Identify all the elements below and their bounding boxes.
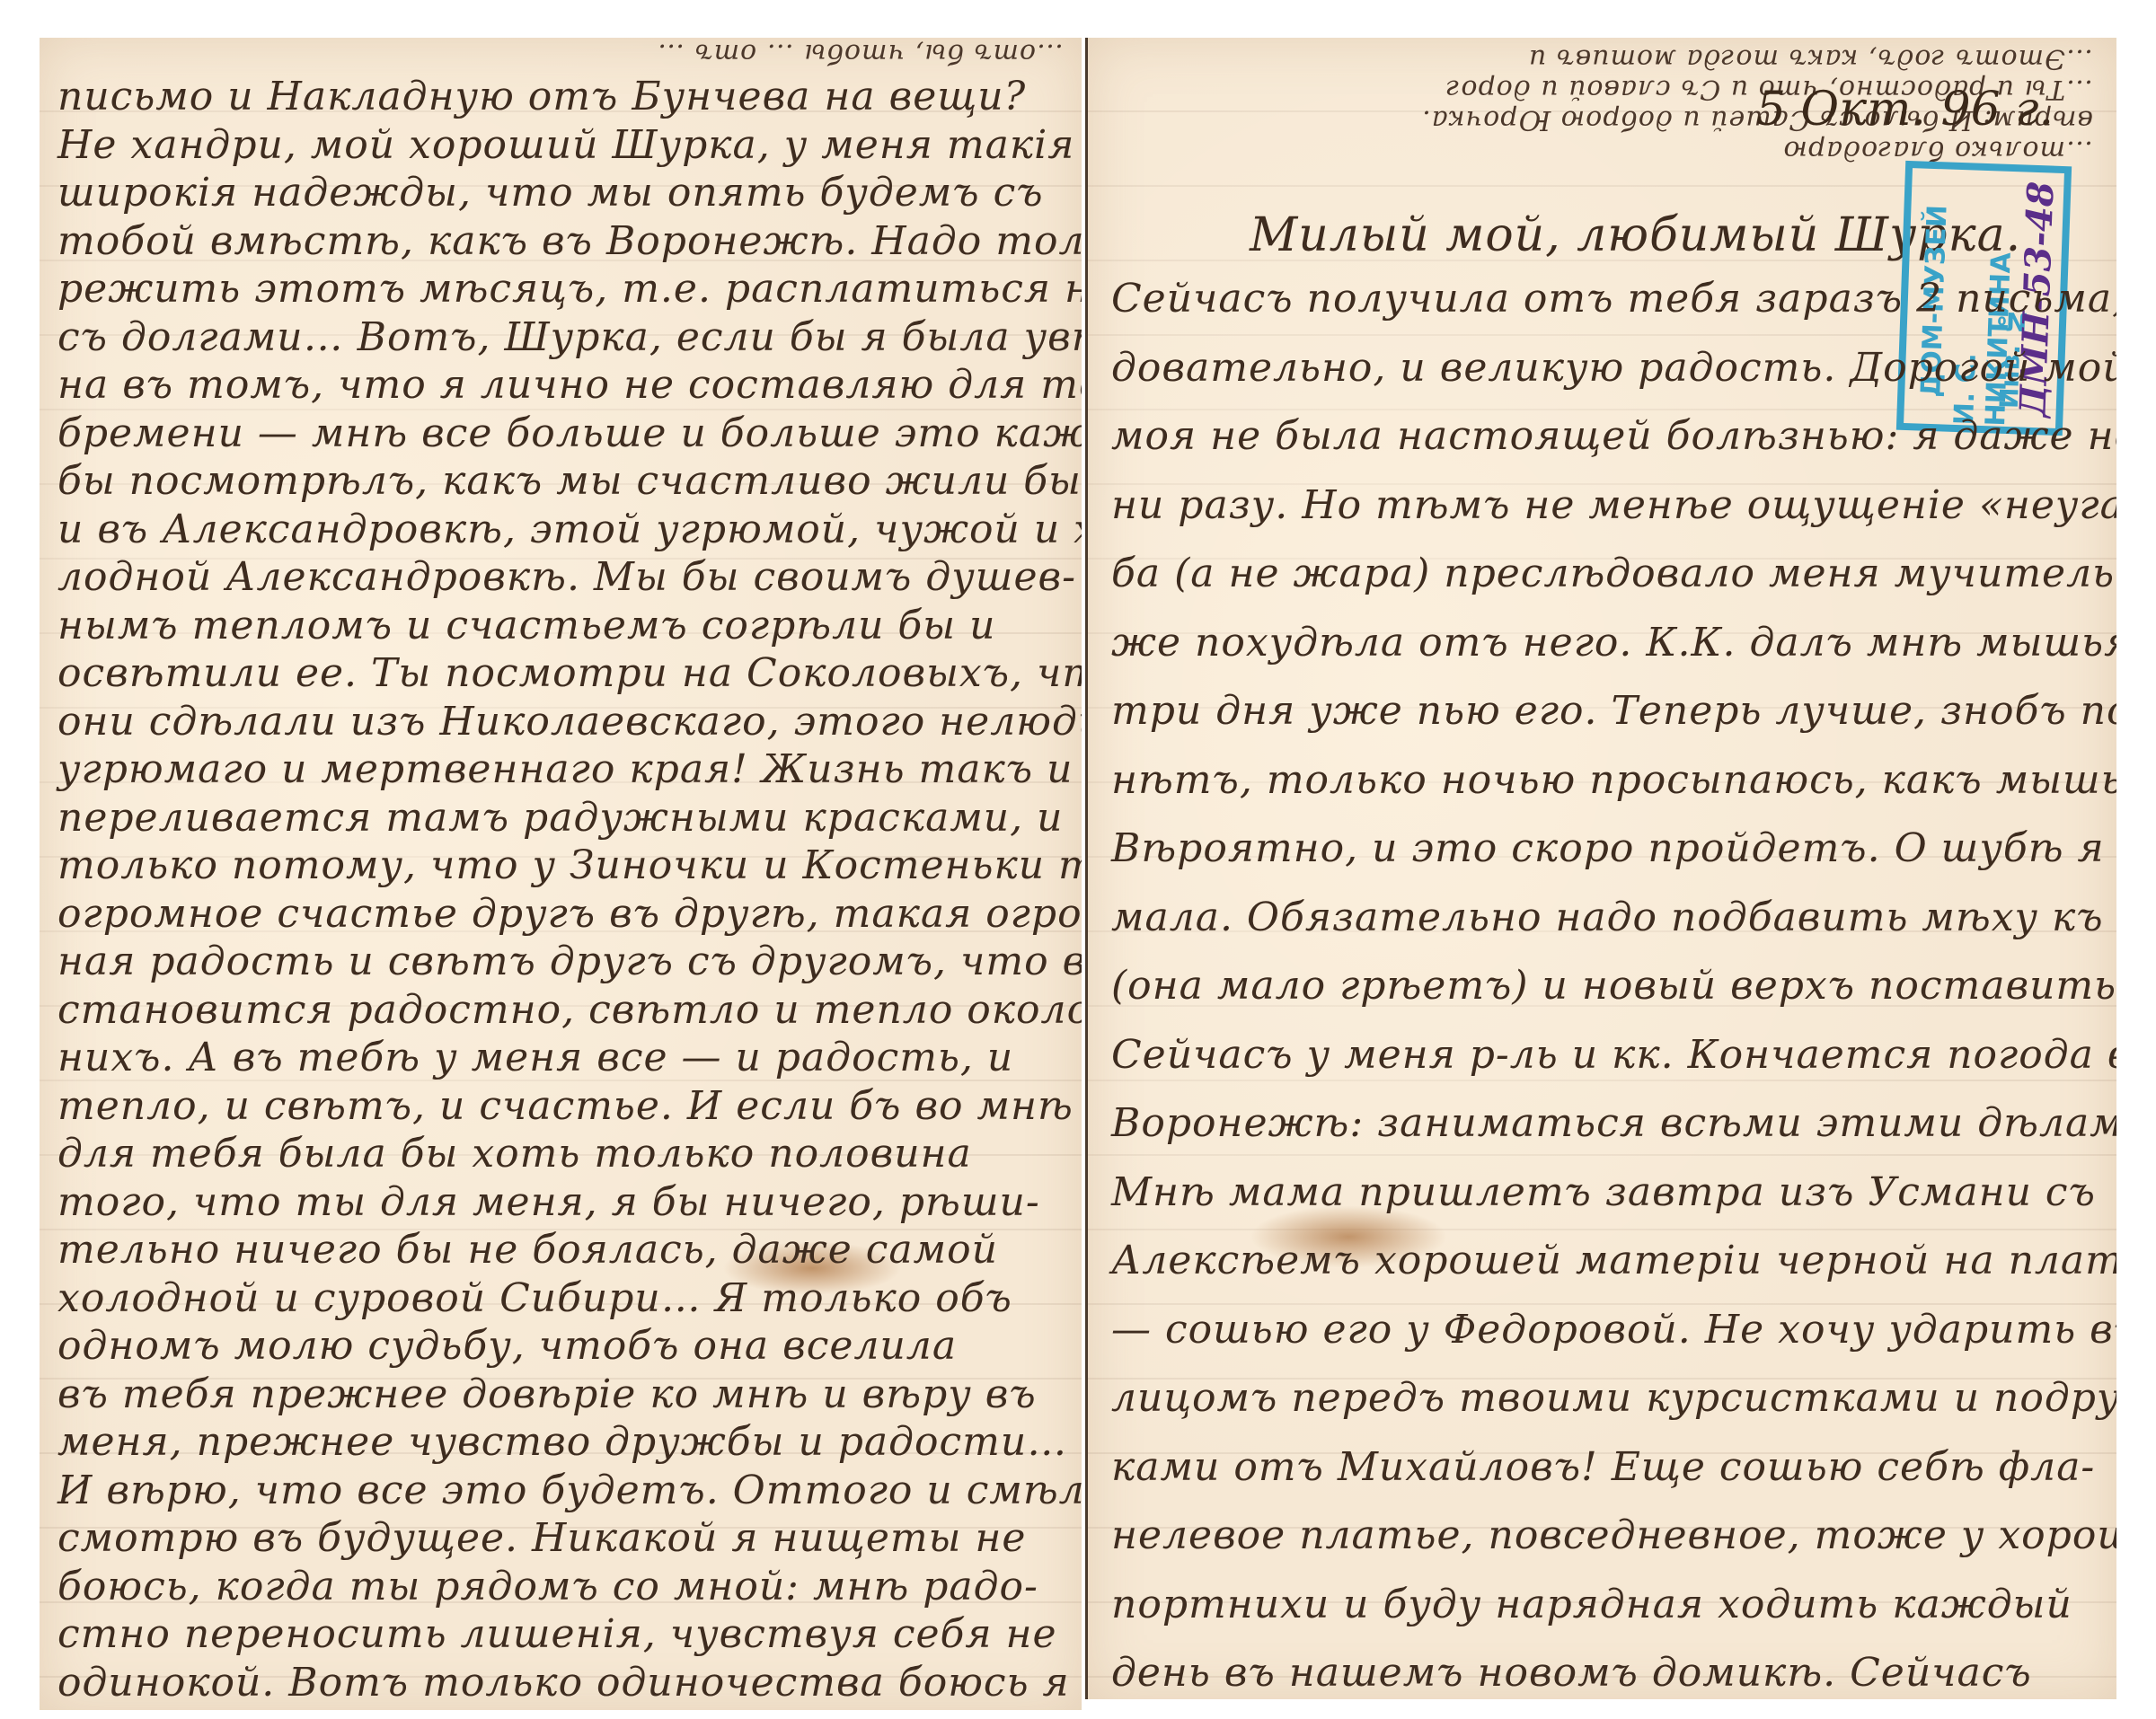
letter-line: въ тебя прежнее довѣріе ко мнѣ и вѣру въ <box>40 1371 1082 1417</box>
letter-line: для тебя была бы хоть только половина <box>40 1131 1082 1177</box>
letter-left-page: …отъ бы, чтобы … отъ … письмо и Накладну… <box>40 38 1082 1710</box>
letter-line: угрюмаго и мертвеннаго края! Жизнь такъ … <box>40 746 1082 792</box>
letter-line: одинокой. Вотъ только одиночества боюсь … <box>40 1660 1082 1706</box>
letter-line: Не хандри, мой хороший Шурка, у меня так… <box>40 122 1082 168</box>
letter-line: стно переносить лишенія, чувствуя себя н… <box>40 1611 1082 1657</box>
letter-line: Мнѣ мама пришлетъ завтра изъ Усмани съ <box>1088 1169 2116 1215</box>
letter-line: ба (а не жара) преслѣдовало меня мучител… <box>1088 551 2116 596</box>
letter-line: боюсь, когда ты рядомъ со мной: мнѣ радо… <box>40 1564 1082 1609</box>
letter-line: того, что ты для меня, я бы ничего, рѣши… <box>40 1179 1082 1225</box>
letter-line: холодной и суровой Сибири… Я только объ <box>40 1275 1082 1321</box>
letter-line: тобой вмѣстѣ, какъ въ Воронежѣ. Надо тол… <box>40 218 1082 264</box>
letter-right-page: …Этотъ годъ, какъ тогда мотивъ и …Ты и р… <box>1085 38 2116 1699</box>
letter-line: моя не была настоящей болѣзнью: я даже н… <box>1088 413 2116 459</box>
letter-line: Сейчасъ у меня р-ль и кк. Кончается пого… <box>1088 1032 2116 1078</box>
upside-down-header-line: …отъ бы, чтобы … отъ … <box>40 38 1082 69</box>
letter-line: день въ нашемъ новомъ домикѣ. Сейчасъ <box>1088 1650 2116 1696</box>
letter-line: лицомъ передъ твоими курсистками и подру… <box>1088 1375 2116 1421</box>
letter-line: одномъ молю судьбу, чтобъ она вселила <box>40 1323 1082 1369</box>
letter-line: письмо и Накладную отъ Бунчева на вещи? <box>40 74 1082 119</box>
letter-line: съ долгами… Вотъ, Шурка, если бы я была … <box>40 314 1082 360</box>
letter-line: портнихи и буду нарядная ходить каждый <box>1088 1582 2116 1627</box>
letter-line: тельно ничего бы не боялась, даже самой <box>40 1227 1082 1273</box>
letter-line: мала. Обязательно надо подбавить мѣху къ… <box>1088 895 2116 940</box>
letter-line: широкія надежды, что мы опять будемъ съ <box>40 170 1082 216</box>
letter-line: Алексѣемъ хорошей матеріи черной на плат… <box>1088 1238 2116 1283</box>
letter-line: (она мало грѣетъ) и новый верхъ поставит… <box>1088 963 2116 1009</box>
letter-line: и въ Александровкѣ, этой угрюмой, чужой … <box>40 507 1082 552</box>
letter-line: И вѣрю, что все это будетъ. Оттого и смѣ… <box>40 1468 1082 1513</box>
letter-line: становится радостно, свѣтло и тепло окол… <box>40 987 1082 1033</box>
letter-line: Воронежѣ: заниматься всѣми этими дѣлами. <box>1088 1100 2116 1146</box>
letter-line: освѣтили ее. Ты посмотри на Соколовыхъ, … <box>40 650 1082 696</box>
letter-line: они сдѣлали изъ Николаевскаго, этого нел… <box>40 699 1082 745</box>
letter-line: режить этотъ мѣсяцъ, т.е. расплатиться н… <box>40 266 1082 312</box>
letter-line: меня, прежнее чувство дружбы и радости… <box>40 1419 1082 1465</box>
letter-date: 5 Окт. 96 г. <box>1756 83 2054 137</box>
letter-line: ная радость и свѣтъ другъ съ другомъ, чт… <box>40 939 1082 984</box>
letter-line: бы посмотрѣлъ, какъ мы счастливо жили бы <box>40 458 1082 504</box>
letter-line: нелевое платье, повседневное, тоже у хор… <box>1088 1512 2116 1558</box>
letter-line: на въ томъ, что я лично не составляю для… <box>40 362 1082 408</box>
letter-line: тепло, и свѣтъ, и счастье. И если бъ во … <box>40 1083 1082 1129</box>
letter-line: довательно, и великую радость. Дорогой м… <box>1088 345 2116 391</box>
letter-line: нѣтъ, только ночью просыпаюсь, какъ мышь… <box>1088 757 2116 803</box>
letter-line: ками отъ Михайловъ! Еще сошью себѣ фла- <box>1088 1444 2116 1490</box>
letter-line: только потому, что у Зиночки и Костеньки… <box>40 842 1082 888</box>
letter-line: нымъ тепломъ и счастьемъ согрѣли бы и <box>40 603 1082 648</box>
letter-line: лодной Александровкѣ. Мы бы своимъ душев… <box>40 554 1082 600</box>
letter-line: бремени — мнѣ все больше и больше это ка… <box>40 410 1082 456</box>
letter-line: нихъ. А въ тебѣ у меня все — и радость, … <box>40 1035 1082 1080</box>
letter-line: — сошью его у Федоровой. Не хочу ударить… <box>1088 1307 2116 1353</box>
letter-line: три дня уже пью его. Теперь лучше, знобъ… <box>1088 688 2116 734</box>
letter-line: Вѣроятно, и это скоро пройдетъ. О шубѣ я… <box>1088 825 2116 871</box>
letter-line: смотрю въ будущее. Никакой я нищеты не <box>40 1515 1082 1561</box>
upside-down-line: …только благодарю <box>1088 135 2116 166</box>
letter-line: огромное счастье другъ въ другѣ, такая о… <box>40 891 1082 937</box>
upside-down-line: …Этотъ годъ, какъ тогда мотивъ и <box>1088 43 2116 75</box>
letter-line: переливается тамъ радужными красками, и <box>40 795 1082 841</box>
letter-line: ни разу. Но тѣмъ не менѣе ощущеніе «неуг… <box>1088 482 2116 528</box>
letter-line: Сейчасъ получила отъ тебя заразъ 2 письм… <box>1088 276 2116 322</box>
letter-line: же похудѣла отъ него. К.К. далъ мнѣ мышь… <box>1088 620 2116 666</box>
